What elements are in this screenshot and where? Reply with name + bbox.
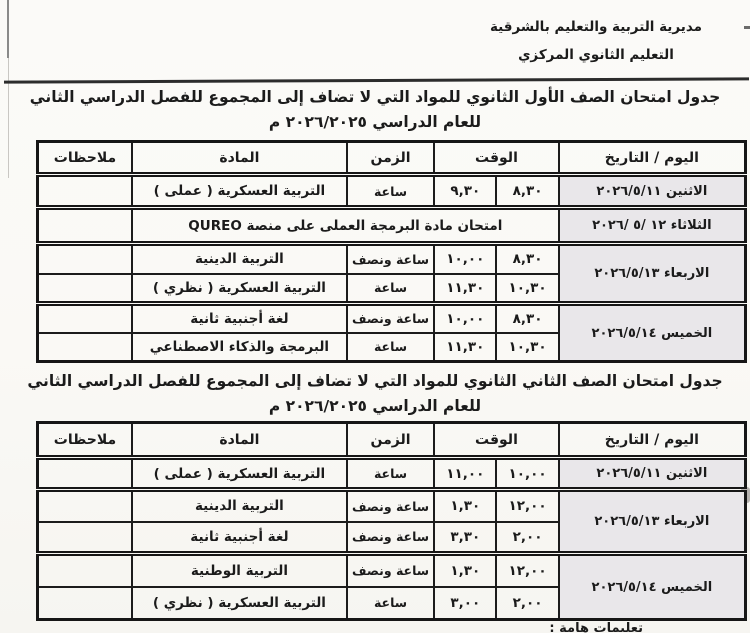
notes-cell: [38, 274, 132, 304]
time-start-cell: ١٢,٠٠: [496, 490, 558, 522]
time-start-cell: ١٠,٣٠: [496, 274, 558, 304]
notes-cell: [38, 304, 132, 333]
notes-cell: [38, 522, 132, 554]
table-row: الثلاثاء ١٢ /٥ /٢٠٢٦ امتحان مادة البرمجة…: [38, 208, 746, 244]
table2-subtitle: للعام الدراسي ٢٠٢٦/٢٠٢٥ م: [0, 394, 750, 419]
subject-cell: لغة أجنبية ثانية: [132, 304, 347, 333]
table1-title-block: جدول امتحان الصف الأول الثانوي للمواد ال…: [0, 85, 750, 135]
scanned-exam-schedule-page: مديرية التربية والتعليم بالشرقية التعليم…: [0, 0, 750, 633]
col-header-notes: ملاحظات: [38, 142, 132, 175]
grade2-exam-table: اليوم / التاريخ الوقت الزمن المادة ملاحظ…: [36, 421, 747, 621]
day-cell: الاربعاء ٢٠٢٦/٥/١٣: [559, 244, 746, 304]
time-end-cell: ١٠,٠٠: [434, 244, 496, 274]
col-header-notes: ملاحظات: [38, 423, 132, 458]
day-cell: الثلاثاء ١٢ /٥ /٢٠٢٦: [559, 208, 746, 244]
merged-exam-note-cell: امتحان مادة البرمجة العملى على منصة QURE…: [132, 208, 559, 244]
subject-cell: البرمجة والذكاء الاصطناعي: [132, 333, 347, 362]
table-row: الاربعاء ٢٠٢٦/٥/١٣ ٨,٣٠ ١٠,٠٠ ساعة ونصف …: [38, 244, 746, 274]
notes-cell: [38, 175, 132, 208]
table1-subtitle: للعام الدراسي ٢٠٢٦/٢٠٢٥ م: [0, 110, 750, 135]
letterhead-directorate: مديرية التربية والتعليم بالشرقية: [490, 13, 702, 41]
table-row: الاثنين ٢٠٢٦/٥/١١ ١٠,٠٠ ١١,٠٠ ساعة الترب…: [38, 458, 746, 490]
letterhead-department: التعليم الثانوي المركزي: [490, 41, 702, 69]
time-start-cell: ٨,٣٠: [496, 244, 558, 274]
day-cell: الاربعاء ٢٠٢٦/٥/١٣: [559, 490, 746, 554]
time-end-cell: ١,٣٠: [434, 490, 496, 522]
day-cell: الخميس ٢٠٢٦/٥/١٤: [559, 304, 746, 362]
col-header-time: الوقت: [434, 423, 559, 458]
scan-tick-artifact: [744, 26, 750, 29]
time-end-cell: ١١,٣٠: [434, 274, 496, 304]
time-end-cell: ١٠,٠٠: [434, 304, 496, 333]
duration-cell: ساعة ونصف: [347, 244, 434, 274]
col-header-day: اليوم / التاريخ: [559, 423, 746, 458]
letterhead-rule: [4, 77, 749, 83]
notes-cell: [38, 244, 132, 274]
duration-cell: ساعة: [347, 274, 434, 304]
subject-cell: التربية العسكرية ( نظري ): [132, 274, 347, 304]
time-end-cell: ٩,٣٠: [434, 175, 496, 208]
time-end-cell: ١١,٣٠: [434, 333, 496, 362]
subject-cell: التربية الدينية: [132, 244, 347, 274]
col-header-time: الوقت: [434, 142, 559, 175]
subject-cell: التربية العسكرية ( عملى ): [132, 458, 347, 490]
col-header-duration: الزمن: [347, 423, 434, 458]
important-instructions-cutoff: تعليمات هامة :: [549, 621, 643, 633]
table-row: الخميس ٢٠٢٦/٥/١٤ ١٢,٠٠ ١,٣٠ ساعة ونصف ال…: [38, 554, 746, 587]
table-header-row: اليوم / التاريخ الوقت الزمن المادة ملاحظ…: [38, 423, 746, 458]
time-end-cell: ٣,٠٠: [434, 587, 496, 620]
col-header-subject: المادة: [132, 142, 347, 175]
duration-cell: ساعة: [347, 587, 434, 620]
notes-cell: [38, 490, 132, 522]
subject-cell: التربية الوطنية: [132, 554, 347, 587]
notes-cell: [38, 458, 132, 490]
subject-cell: التربية العسكرية ( نظري ): [132, 587, 347, 620]
subject-cell: التربية الدينية: [132, 490, 347, 522]
time-end-cell: ١١,٠٠: [434, 458, 496, 490]
time-start-cell: ٢,٠٠: [496, 522, 558, 554]
col-header-day: اليوم / التاريخ: [559, 142, 746, 175]
notes-cell: [38, 333, 132, 362]
grade1-exam-table: اليوم / التاريخ الوقت الزمن المادة ملاحظ…: [36, 140, 747, 363]
col-header-duration: الزمن: [347, 142, 434, 175]
letterhead: مديرية التربية والتعليم بالشرقية التعليم…: [490, 13, 702, 70]
table-row: الاربعاء ٢٠٢٦/٥/١٣ ١٢,٠٠ ١,٣٠ ساعة ونصف …: [38, 490, 746, 522]
duration-cell: ساعة ونصف: [347, 554, 434, 587]
duration-cell: ساعة: [347, 175, 434, 208]
subject-cell: التربية العسكرية ( عملى ): [132, 175, 347, 208]
table2-title: جدول امتحان الصف الثاني الثانوي للمواد ا…: [0, 369, 750, 394]
time-start-cell: ٨,٣٠: [496, 304, 558, 333]
notes-cell: [38, 208, 132, 244]
time-start-cell: ١٢,٠٠: [496, 554, 558, 587]
duration-cell: ساعة ونصف: [347, 490, 434, 522]
time-start-cell: ٨,٣٠: [496, 175, 558, 208]
duration-cell: ساعة ونصف: [347, 304, 434, 333]
day-cell: الاثنين ٢٠٢٦/٥/١١: [559, 458, 746, 490]
table2-title-block: جدول امتحان الصف الثاني الثانوي للمواد ا…: [0, 369, 750, 419]
table1-title: جدول امتحان الصف الأول الثانوي للمواد ال…: [0, 85, 750, 110]
time-start-cell: ٢,٠٠: [496, 587, 558, 620]
subject-cell: لغة أجنبية ثانية: [132, 522, 347, 554]
notes-cell: [38, 587, 132, 620]
scan-edge-artifact: [7, 0, 9, 58]
time-end-cell: ٣,٣٠: [434, 522, 496, 554]
notes-cell: [38, 554, 132, 587]
col-header-subject: المادة: [132, 423, 347, 458]
time-start-cell: ١٠,٣٠: [496, 333, 558, 362]
table-row: الاثنين ٢٠٢٦/٥/١١ ٨,٣٠ ٩,٣٠ ساعة التربية…: [38, 175, 746, 208]
day-cell: الاثنين ٢٠٢٦/٥/١١: [559, 175, 746, 208]
time-end-cell: ١,٣٠: [434, 554, 496, 587]
time-start-cell: ١٠,٠٠: [496, 458, 558, 490]
table-header-row: اليوم / التاريخ الوقت الزمن المادة ملاحظ…: [38, 142, 746, 175]
duration-cell: ساعة: [347, 333, 434, 362]
duration-cell: ساعة: [347, 458, 434, 490]
table-row: الخميس ٢٠٢٦/٥/١٤ ٨,٣٠ ١٠,٠٠ ساعة ونصف لغ…: [38, 304, 746, 333]
duration-cell: ساعة ونصف: [347, 522, 434, 554]
day-cell: الخميس ٢٠٢٦/٥/١٤: [559, 554, 746, 620]
